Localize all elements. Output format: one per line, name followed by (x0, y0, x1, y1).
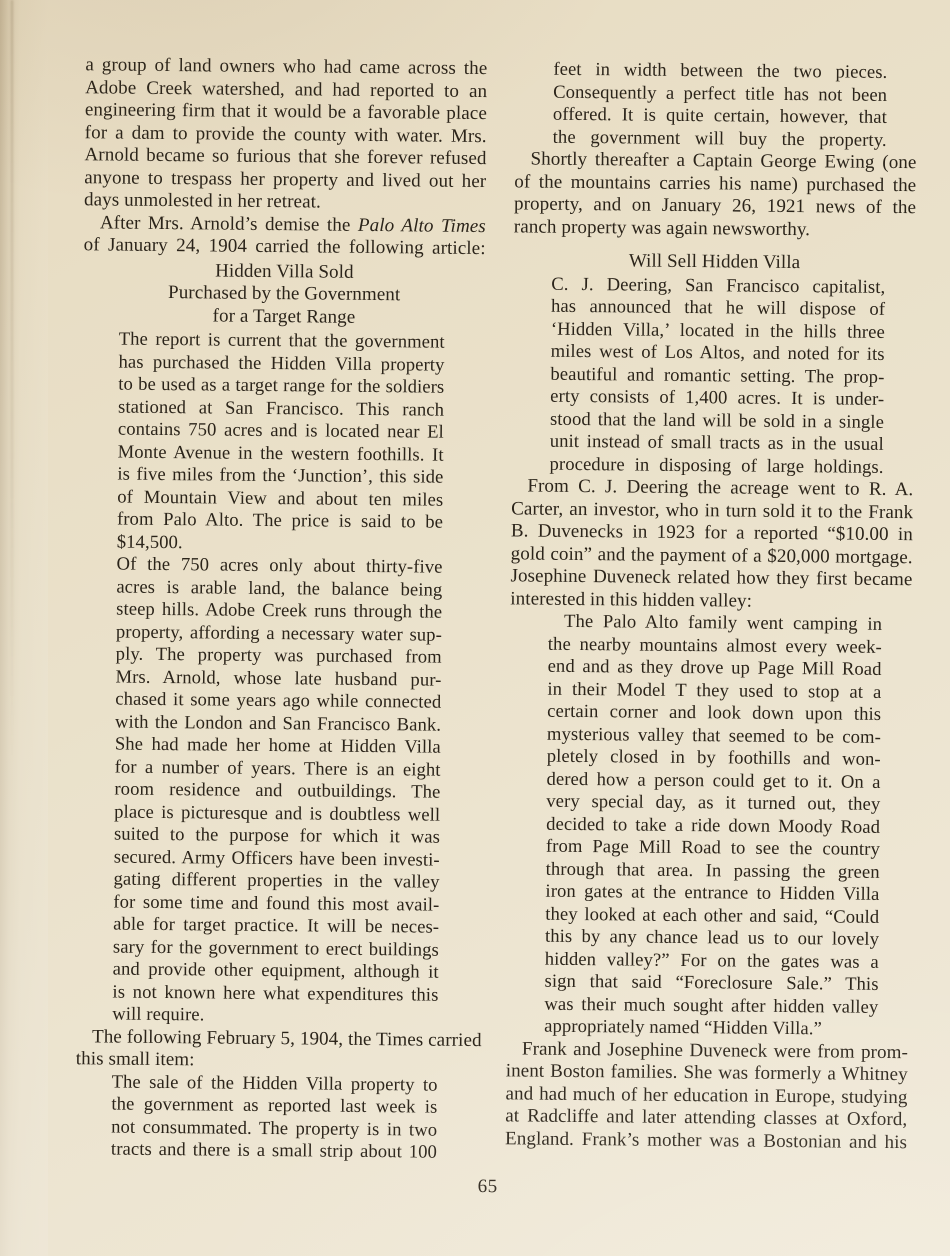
text-line: end and as they drove up Page Mill Road (548, 656, 882, 682)
text-columns: a group of land owners who had came acro… (75, 54, 918, 1168)
text-line: a group of land owners who had came acro… (85, 54, 487, 80)
paragraph: a group of land owners who had came acro… (84, 54, 487, 215)
text-line: dered how a person could get to it. On a (546, 768, 880, 794)
text-line: acres is arable land, the balance being (116, 576, 442, 602)
text-line: this by any chance lead us to our lovely (545, 926, 879, 952)
paragraph: The following February 5, 1904, the Time… (76, 1026, 478, 1075)
newspaper-excerpt: The Palo Alto family went camping inthe … (544, 611, 882, 1042)
text-line: certain corner and look down upon this (547, 701, 881, 727)
text-line: mysterious valley that seemed to be com- (547, 723, 881, 749)
text-line: room residence and outbuildings. The (114, 779, 440, 805)
text-line: has announced that he will dispose of (551, 296, 885, 322)
text-line: iron gates at the entrance to Hidden Vil… (545, 881, 879, 907)
text-line: hidden valley?” For on the gates was a (545, 948, 879, 974)
text-line: beautiful and romantic setting. The prop… (550, 363, 884, 389)
text-line: with the London and San Francisco Bank. (115, 711, 441, 737)
newspaper-excerpt: feet in width between the two pieces.Con… (553, 59, 888, 152)
text-line: miles west of Los Altos, and noted for i… (551, 341, 885, 367)
newspaper-excerpt: The report is current that the governmen… (117, 329, 445, 557)
text-line: $14,500. (117, 531, 443, 557)
article-heading: Hidden Villa SoldPurchased by the Govern… (83, 259, 486, 330)
newspaper-excerpt: The sale of the Hidden Villa property to… (111, 1071, 438, 1164)
text-line: stationed at San Francisco. This ranch (118, 396, 444, 422)
text-line: sary for the government to erect buildin… (113, 936, 439, 962)
page-number: 65 (13, 1172, 950, 1203)
newspaper-excerpt: C. J. Deering, San Francisco capitalist,… (549, 273, 885, 479)
text-line: offered. It is quite certain, however, t… (553, 104, 887, 130)
text-line: Of the 750 acres only about thirty-five (116, 554, 442, 580)
text-line: C. J. Deering, San Francisco capitalist, (551, 273, 885, 299)
text-line: property, and on January 26, 1921 news o… (514, 193, 916, 219)
text-line: this small item: (76, 1048, 478, 1074)
text-line: for a Target Range (83, 304, 485, 330)
italic-publication-name: Palo Alto Times (358, 214, 486, 236)
text-line: The report is current that the governmen… (119, 329, 445, 355)
text-line: and provide other equipment, although it (113, 959, 439, 985)
text-line: from Palo Alto. The price is said to be (117, 509, 443, 535)
paragraph: Shortly thereafter a Captain George Ewin… (514, 148, 917, 242)
text-line: tracts and there is a small strip about … (111, 1139, 437, 1165)
text-line: will require. (112, 1004, 438, 1030)
text-line: the nearby mountains almost every week- (548, 633, 882, 659)
text-line: England. Frank’s mother was a Bostonian … (505, 1128, 907, 1154)
text-line: procedure in disposing of large holdings… (549, 453, 883, 479)
text-line: of Mountain View and about ten miles (117, 486, 443, 512)
text-line: Shortly thereafter a Captain George Ewin… (514, 148, 916, 174)
text-line: From C. J. Deering the acreage went to R… (511, 475, 913, 501)
text-line: not consummated. The property is in two (111, 1116, 437, 1142)
paragraph: From C. J. Deering the acreage went to R… (510, 475, 913, 614)
text-line: has purchased the Hidden Villa property (118, 351, 444, 377)
text-line: sign that said “Foreclosure Sale.” This (544, 971, 878, 997)
right-column: feet in width between the two pieces.Con… (505, 58, 918, 1168)
text-line: suited to the purpose for which it was (114, 824, 440, 850)
text-line: chased it some years ago while connected (115, 689, 441, 715)
text-line: in their Model T they used to stop at a (547, 678, 881, 704)
text-line: secured. Army Officers have been investi… (114, 846, 440, 872)
text-line: ‘Hidden Villa,’ located in the hills thr… (551, 318, 885, 344)
text-line: for a number of years. There is an eight (115, 756, 441, 782)
text-line: stood that the land will be sold in a si… (550, 408, 884, 434)
text-line: appropriately named “Hidden Villa.” (544, 1016, 878, 1042)
text-line: contains 750 acres and is located near E… (118, 419, 444, 445)
text-line: of January 24, 1904 carried the followin… (84, 234, 486, 260)
text-line: inent Boston families. She was formerly … (506, 1060, 908, 1086)
newspaper-excerpt: Of the 750 acres only about thirty-fivea… (112, 554, 443, 1030)
article-heading: Will Sell Hidden Villa (513, 249, 915, 275)
text-line: pletely closed in by foothills and won- (547, 746, 881, 772)
text-line: is five miles from the ‘Junction’, this … (117, 464, 443, 490)
paragraph: After Mrs. Arnold’s demise the Palo Alto… (84, 212, 486, 261)
text-line: place is picturesque and is doubtless we… (114, 801, 440, 827)
text-line: The sale of the Hidden Villa property to (112, 1071, 438, 1097)
text-line: to be used as a target range for the sol… (118, 374, 444, 400)
text-line: steep hills. Adobe Creek runs through th… (116, 599, 442, 625)
text-line: from Page Mill Road to see the country (546, 836, 880, 862)
text-line: feet in width between the two pieces. (553, 59, 887, 85)
text-line: for some time and found this most avail- (113, 891, 439, 917)
text-line: very special day, as it turned out, they (546, 791, 880, 817)
text-line: B. Duvenecks in 1923 for a reported “$10… (511, 520, 913, 546)
text-line: engineering firm that it would be a favo… (85, 99, 487, 125)
paragraph: Frank and Josephine Duveneck were from p… (505, 1038, 908, 1154)
text-line: The Palo Alto family went camping in (548, 611, 882, 637)
text-line: able for target practice. It will be nec… (113, 914, 439, 940)
text-line: the government as reported last week is (111, 1094, 437, 1120)
text-line: ply. The property was purchased from (116, 644, 442, 670)
text-line: Mrs. Arnold, whose late husband pur- (115, 666, 441, 692)
text-line: She had made her home at Hidden Villa (115, 734, 441, 760)
text-line: at Radcliffe and later attending classes… (505, 1105, 907, 1131)
page-content: a group of land owners who had came acro… (0, 0, 950, 1256)
book-page-scan: a group of land owners who had came acro… (0, 0, 950, 1256)
text-line: unit instead of small tracts as in the u… (550, 431, 884, 457)
text-line: Consequently a perfect title has not bee… (553, 81, 887, 107)
text-line: gating different properties in the valle… (113, 869, 439, 895)
text-line: Monte Avenue in the western foothills. I… (118, 441, 444, 467)
text-line: the government will buy the property. (553, 126, 887, 152)
text-line: is not known here what expenditures this (112, 981, 438, 1007)
text-line: Josephine Duveneck related how they firs… (510, 565, 912, 591)
text-line: was their much sought after hidden valle… (544, 993, 878, 1019)
text-line: through that area. In passing the green (546, 858, 880, 884)
text-line: Will Sell Hidden Villa (513, 249, 915, 275)
text-line: property, affording a necessary water su… (116, 621, 442, 647)
text-line: erty consists of 1,400 acres. It is unde… (550, 386, 884, 412)
text-line: days unmolested in her retreat. (84, 189, 486, 215)
left-column: a group of land owners who had came acro… (75, 54, 488, 1164)
text-line: ranch property was again newsworthy. (514, 216, 916, 242)
text-line: Arnold became so furious that she foreve… (84, 144, 486, 170)
text-line: decided to take a ride down Moody Road (546, 813, 880, 839)
text-line: they looked at each other and said, “Cou… (545, 903, 879, 929)
